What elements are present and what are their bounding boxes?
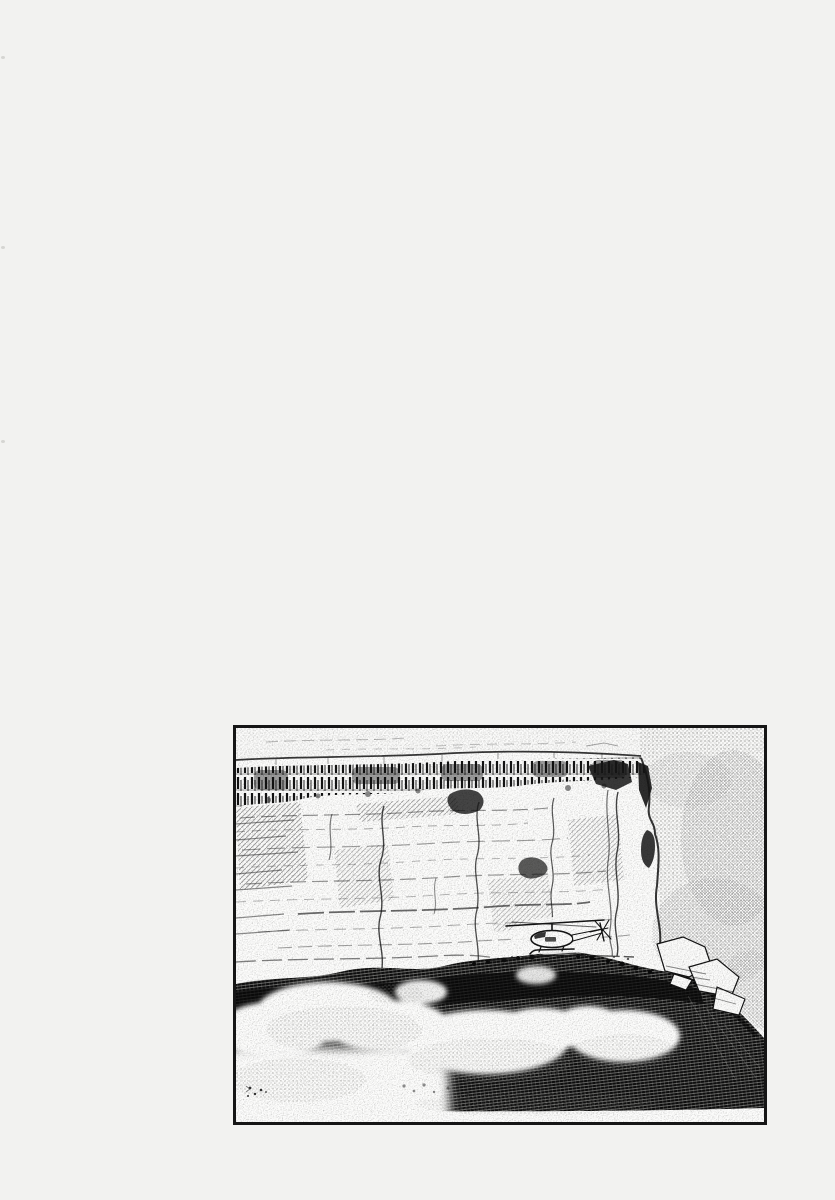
paper-speck <box>1 56 5 59</box>
paper-speck <box>1 246 5 249</box>
scanned-page <box>0 0 835 1200</box>
canyon-illustration <box>236 728 764 1122</box>
illustration-frame <box>233 725 767 1125</box>
scan-grain-overlay <box>236 728 764 1122</box>
paper-speck <box>1 440 5 443</box>
